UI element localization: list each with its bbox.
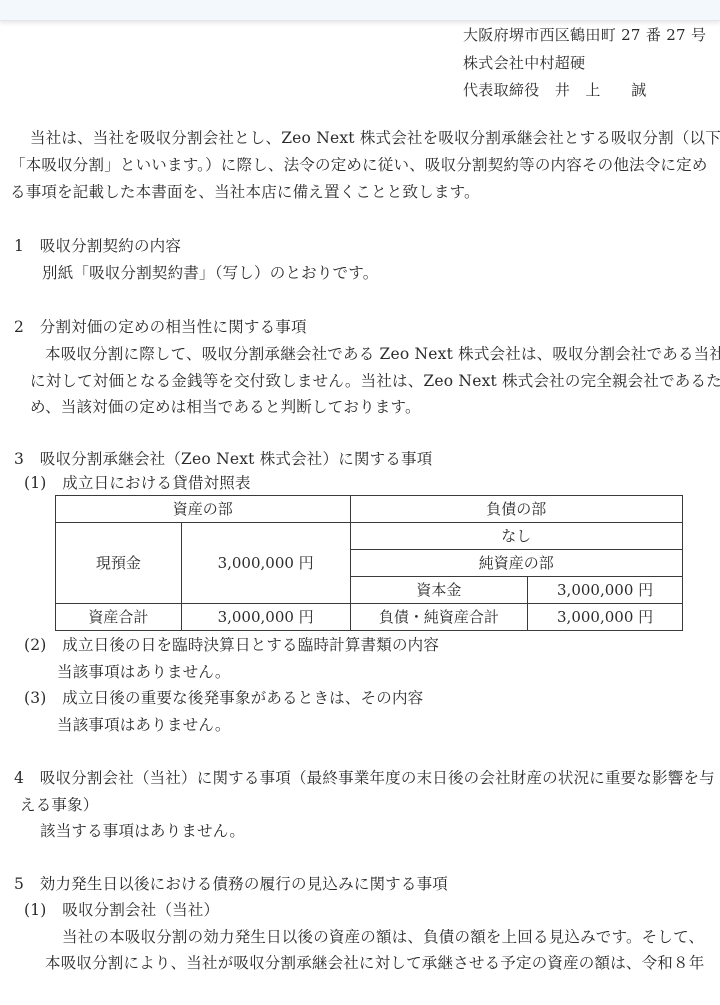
assets-header: 資産の部 bbox=[56, 496, 351, 523]
intro-line: 当社は、当社を吸収分割会社とし、Zeo Next 株式会社を吸収分割承継会社とす… bbox=[30, 128, 720, 148]
liabilities-value: なし bbox=[350, 523, 682, 550]
subsection-body: 当該事項はありません。 bbox=[57, 662, 231, 682]
section-body: 本吸収分割に際して、吸収分割承継会社である Zeo Next 株式会社は、吸収分… bbox=[45, 344, 720, 364]
subsection-heading: (1) 吸収分割会社（当社） bbox=[24, 900, 219, 920]
section-body: に対して対価となる金銭等を交付致しません。当社は、Zeo Next 株式会社の完… bbox=[30, 371, 720, 391]
subsection-body: 当社の本吸収分割の効力発生日以後の資産の額は、負債の額を上回る見込みです。そして… bbox=[62, 927, 704, 947]
sender-address: 大阪府堺市西区鶴田町 27 番 27 号 bbox=[463, 25, 706, 45]
intro-line: る事項を記載した本書面を、当社本店に備え置くことと致します。 bbox=[10, 182, 480, 202]
capital-value: 3,000,000 円 bbox=[528, 577, 683, 604]
section-heading: 1 吸収分割契約の内容 bbox=[14, 236, 181, 256]
section-heading: 5 効力発生日以後における債務の履行の見込みに関する事項 bbox=[14, 874, 448, 894]
subsection-heading: (2) 成立日後の日を臨時決算日とする臨時計算書類の内容 bbox=[24, 635, 439, 655]
viewer-top-bar bbox=[0, 0, 720, 21]
total-assets-value: 3,000,000 円 bbox=[181, 604, 350, 631]
sender-representative: 代表取締役 井 上 誠 bbox=[463, 80, 647, 100]
total-liabilities-value: 3,000,000 円 bbox=[528, 604, 683, 631]
cash-value: 3,000,000 円 bbox=[181, 523, 350, 604]
subsection-body: 当該事項はありません。 bbox=[57, 715, 231, 735]
subsection-heading: (3) 成立日後の重要な後発事象があるときは、その内容 bbox=[24, 688, 423, 708]
capital-label: 資本金 bbox=[350, 577, 528, 604]
total-liabilities-label: 負債・純資産合計 bbox=[350, 604, 528, 631]
subsection-heading: (1) 成立日における貸借対照表 bbox=[24, 473, 251, 493]
section-heading: える事象） bbox=[20, 795, 99, 815]
section-body: め、当該対価の定めは相当であると判断しております。 bbox=[30, 397, 421, 417]
section-heading: 4 吸収分割会社（当社）に関する事項（最終事業年度の末日後の会社財産の状況に重要… bbox=[14, 768, 715, 788]
section-body: 別紙「吸収分割契約書」（写し）のとおりです。 bbox=[42, 263, 378, 283]
liabilities-header: 負債の部 bbox=[350, 496, 682, 523]
subsection-body: 本吸収分割により、当社が吸収分割承継会社に対して承継させる予定の資産の額は、令和… bbox=[45, 953, 704, 973]
section-body: 該当する事項はありません。 bbox=[40, 821, 245, 841]
net-assets-header: 純資産の部 bbox=[350, 550, 682, 577]
balance-sheet-table: 資産の部 負債の部 現預金 3,000,000 円 なし 純資産の部 資本金 3… bbox=[55, 495, 683, 631]
intro-line: 「本吸収分割」といいます。）に際し、法令の定めに従い、吸収分割契約等の内容その他… bbox=[10, 155, 708, 175]
sender-company: 株式会社中村超硬 bbox=[463, 53, 585, 73]
section-heading: 3 吸収分割承継会社（Zeo Next 株式会社）に関する事項 bbox=[14, 449, 432, 469]
total-assets-label: 資産合計 bbox=[56, 604, 182, 631]
cash-label: 現預金 bbox=[56, 523, 182, 604]
section-heading: 2 分割対価の定めの相当性に関する事項 bbox=[14, 317, 307, 337]
